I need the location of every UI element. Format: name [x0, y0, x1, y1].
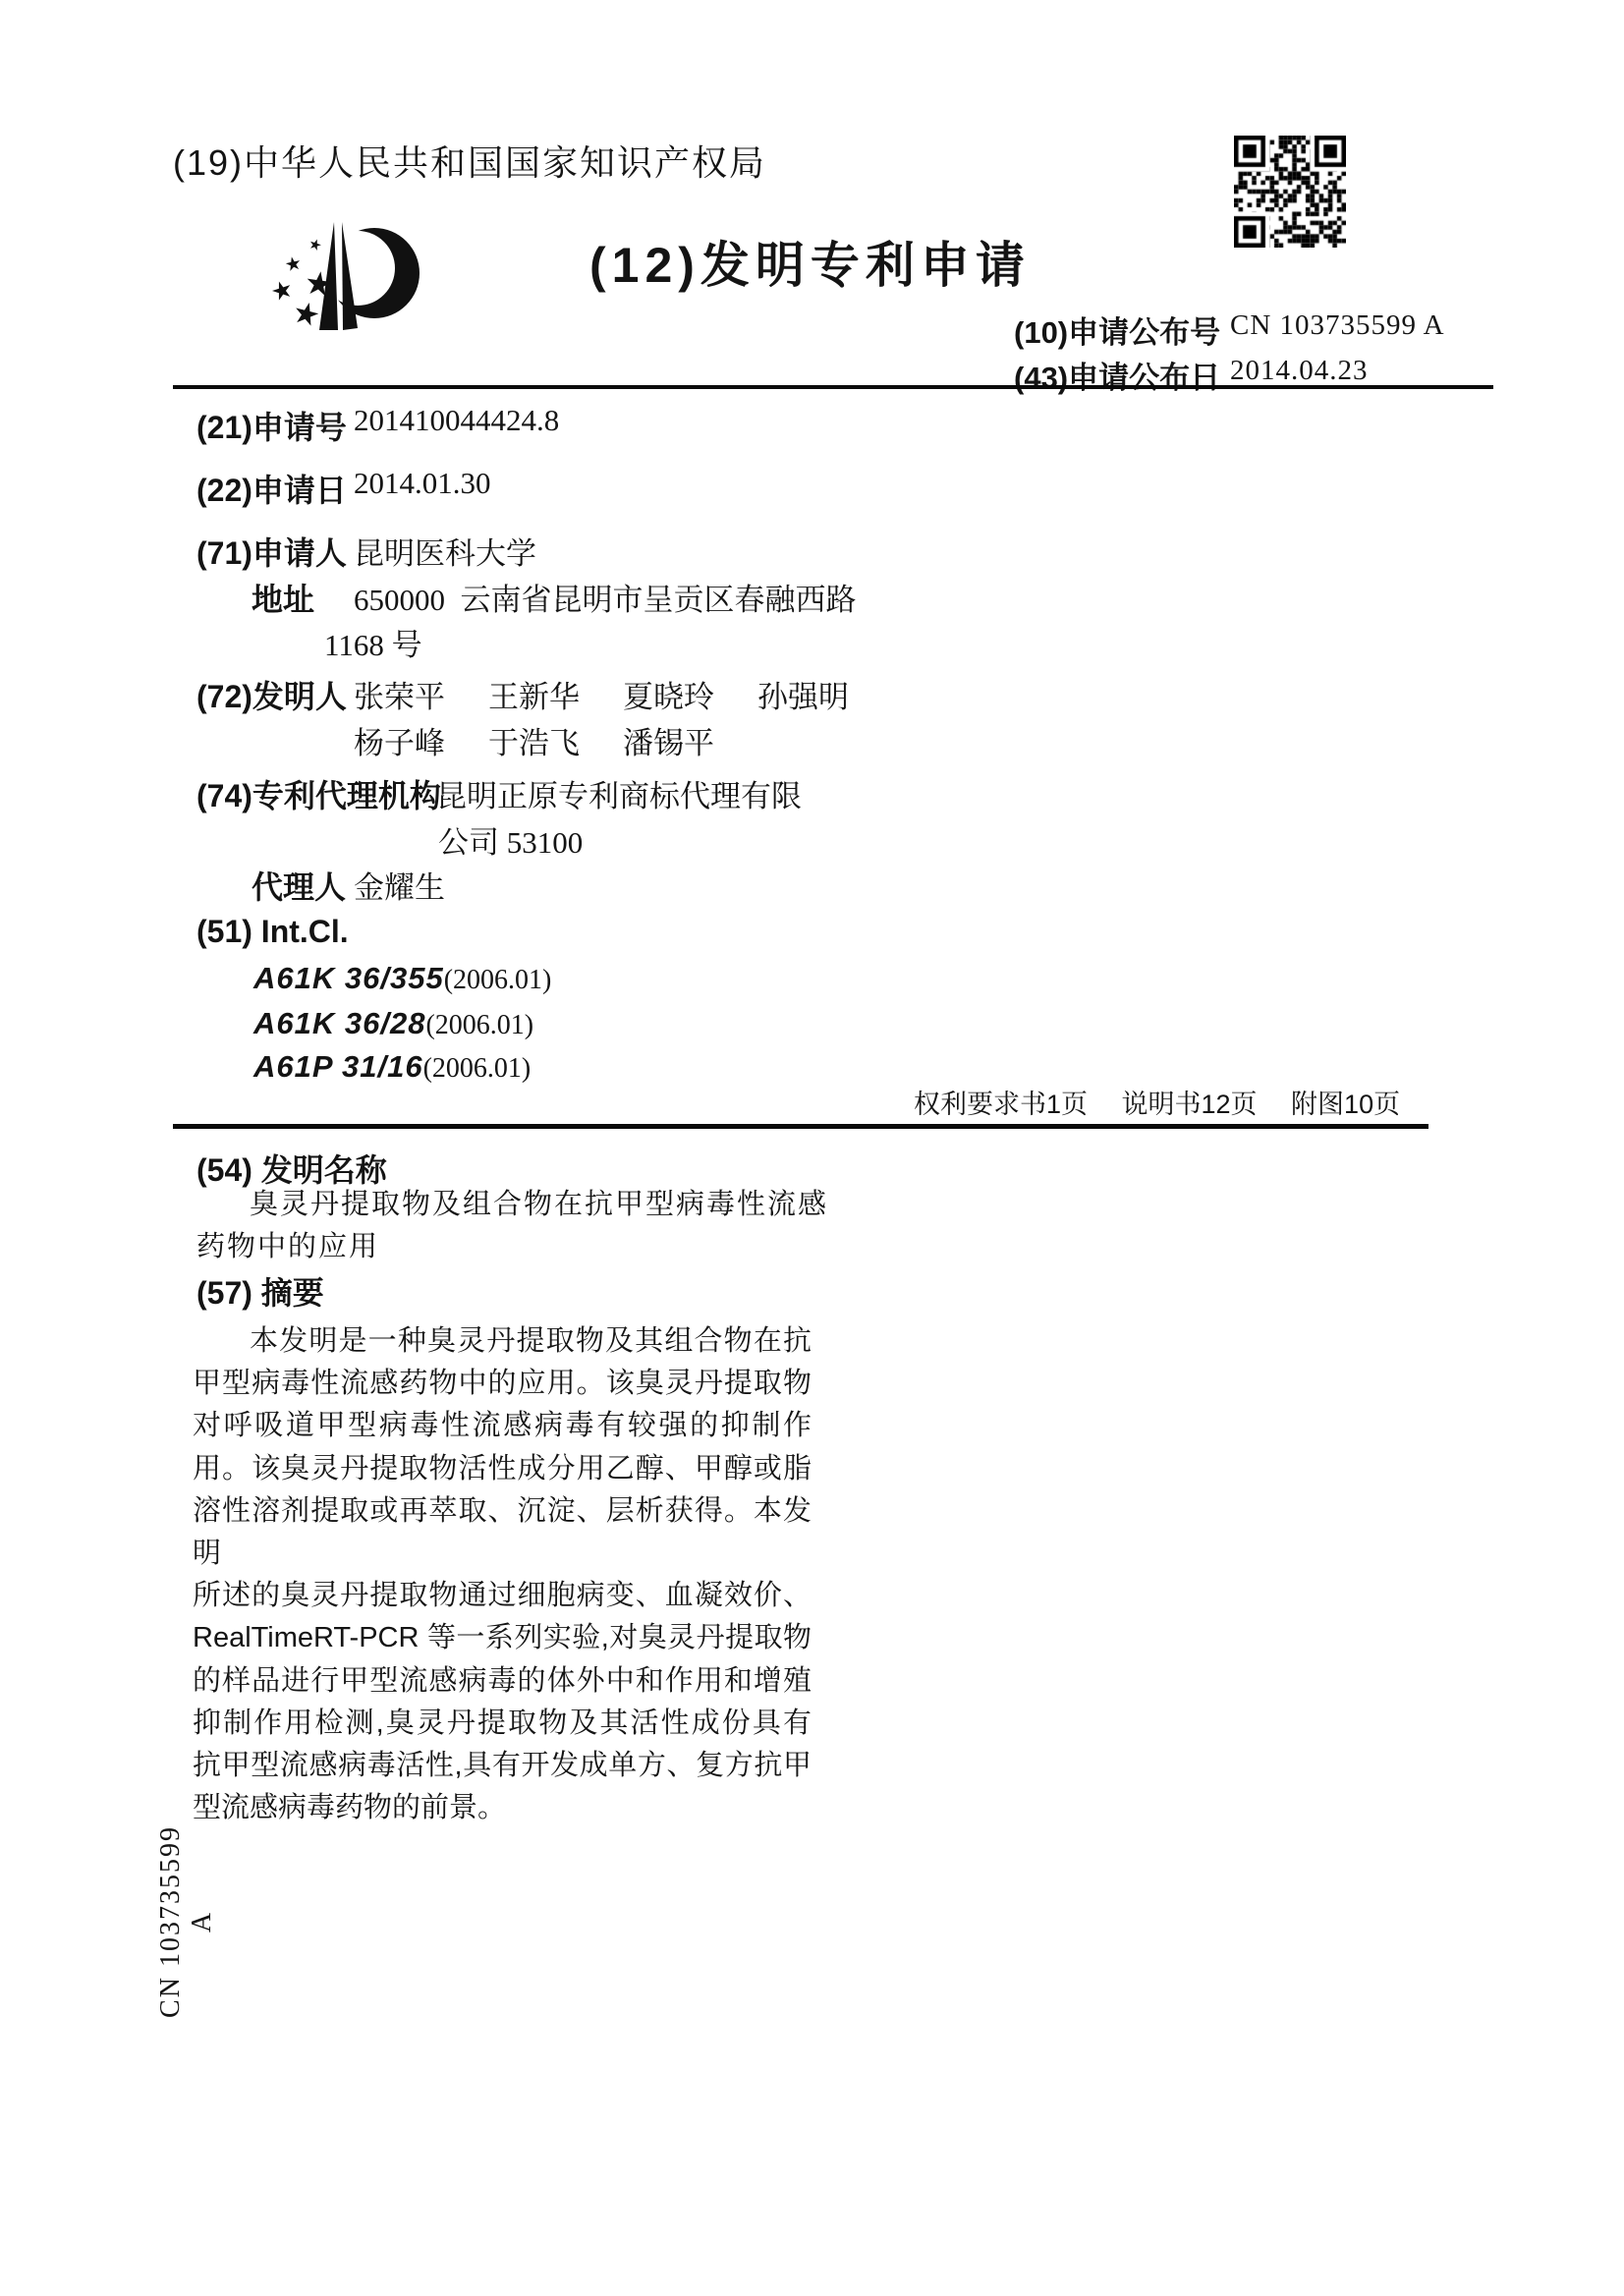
list-item: 的样品进行甲型流感病毒的体外中和作用和增殖 — [193, 1660, 812, 1703]
applicant-label: (71)申请人 — [196, 529, 347, 574]
list-item: 所述的臭灵丹提取物通过细胞病变、血凝效价、 — [193, 1575, 812, 1617]
list-item: 潘锡平 — [623, 718, 714, 762]
invention-title-line2: 药物中的应用 — [196, 1224, 379, 1264]
list-item: 张荣平 — [354, 672, 445, 716]
qr-code — [1234, 136, 1346, 248]
list-item: 甲型病毒性流感药物中的应用。该臭灵丹提取物 — [193, 1363, 812, 1405]
application-number-label: (21)申请号 — [196, 403, 347, 448]
agency-name-line1: 昆明正原专利商标代理有限 — [436, 771, 802, 815]
list-item: 孙强明 — [757, 672, 849, 716]
address-line1: 650000 云南省昆明市呈贡区春融西路 — [354, 575, 857, 619]
int-cl-date: (2006.01) — [444, 965, 552, 995]
applicant-name: 昆明医科大学 — [354, 529, 536, 573]
list-item: 溶性溶剂提取或再萃取、沉淀、层析获得。本发明 — [193, 1490, 812, 1575]
int-cl-label: (51) Int.Cl. — [196, 914, 349, 950]
address-line2: 1168 号 — [324, 620, 422, 664]
int-cl-entry: A61P 31/16(2006.01) — [253, 1049, 531, 1085]
application-date: 2014.01.30 — [354, 466, 491, 501]
agent-name: 金耀生 — [354, 863, 445, 907]
abstract-text: 本发明是一种臭灵丹提取物及其组合物在抗甲型病毒性流感药物中的应用。该臭灵丹提取物… — [193, 1320, 812, 1829]
agency-label: (74)专利代理机构 — [196, 771, 441, 816]
list-item: RealTimeRT-PCR 等一系列实验,对臭灵丹提取物 — [193, 1617, 812, 1659]
publication-number: CN 103735599 A — [1230, 309, 1445, 342]
abstract-label: (57) 摘要 — [196, 1268, 324, 1314]
document-type-title: (12)发明专利申请 — [589, 226, 1031, 297]
list-item: 抗甲型流感病毒活性,具有开发成单方、复方抗甲 — [193, 1745, 812, 1787]
list-item: 杨子峰 — [354, 718, 445, 762]
invention-title-line1: 臭灵丹提取物及组合物在抗甲型病毒性流感 — [250, 1182, 828, 1222]
int-cl-code: A61K 36/355 — [253, 961, 444, 995]
int-cl-code: A61P 31/16 — [253, 1049, 423, 1084]
side-publication-number: CN 103735599 A — [155, 1815, 185, 2029]
publication-number-label: (10)申请公布号 — [1014, 308, 1220, 352]
int-cl-entry: A61K 36/355(2006.01) — [253, 961, 551, 996]
list-item: 夏晓玲 — [623, 672, 714, 716]
publication-date-label: (43)申请公布日 — [1014, 353, 1220, 397]
application-date-label: (22)申请日 — [196, 466, 347, 511]
inventors-row-1: 张荣平王新华夏晓玲孙强明 — [354, 672, 849, 716]
publication-date: 2014.04.23 — [1230, 355, 1369, 387]
patent-front-page: (19)中华人民共和国国家知识产权局 ★ ★ ★ ★ ★ (12)发明专利申请 … — [0, 0, 1624, 2296]
list-item: 对呼吸道甲型病毒性流感病毒有较强的抑制作 — [193, 1405, 812, 1447]
inventors-label: (72)发明人 — [196, 672, 347, 717]
list-item: 抑制作用检测,臭灵丹提取物及其活性成份具有 — [193, 1703, 812, 1745]
list-item: 用。该臭灵丹提取物活性成分用乙醇、甲醇或脂 — [193, 1448, 812, 1490]
pages-summary: 权利要求书1页 说明书12页 附图10页 — [914, 1083, 1400, 1121]
int-cl-date: (2006.01) — [425, 1010, 533, 1040]
list-item: 型流感病毒药物的前景。 — [193, 1787, 812, 1829]
int-cl-entry: A61K 36/28(2006.01) — [253, 1006, 533, 1041]
address-label: 地址 — [252, 575, 314, 620]
list-item: 于浩飞 — [488, 718, 580, 762]
list-item: 本发明是一种臭灵丹提取物及其组合物在抗 — [193, 1320, 812, 1363]
int-cl-code: A61K 36/28 — [253, 1006, 425, 1040]
inventors-row-2: 杨子峰于浩飞潘锡平 — [354, 718, 714, 762]
application-number: 201410044424.8 — [354, 403, 559, 438]
agent-label: 代理人 — [252, 863, 346, 908]
int-cl-date: (2006.01) — [423, 1053, 532, 1084]
star-icon: ★ — [283, 253, 304, 275]
patent-office-title: (19)中华人民共和国国家知识产权局 — [173, 136, 766, 186]
list-item: 王新华 — [488, 672, 580, 716]
header-divider — [173, 385, 1493, 389]
cnipa-logo: ★ ★ ★ ★ ★ — [263, 214, 430, 344]
section-divider — [173, 1124, 1428, 1129]
agency-name-line2: 公司 53100 — [438, 817, 583, 862]
